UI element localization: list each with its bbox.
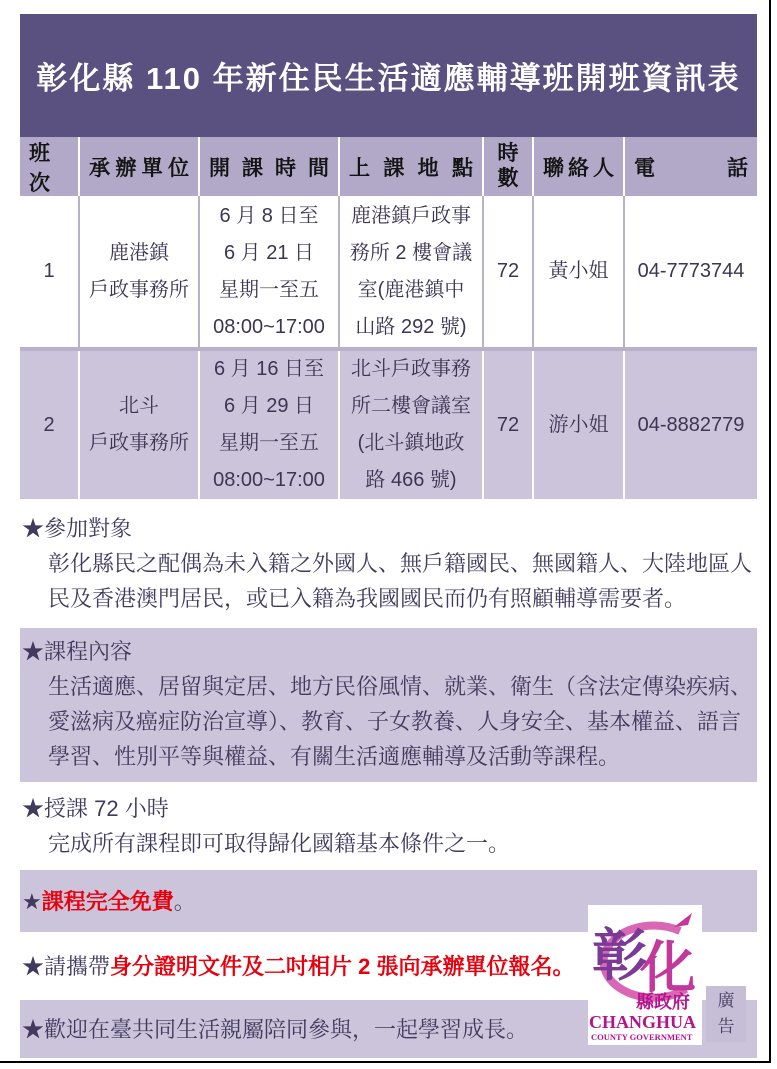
section-heading: ★參加對象 <box>22 511 755 546</box>
section-target-audience: ★參加對象 彰化縣民之配偶為未入籍之外國人、無戶籍國民、無國籍人、大陸地區人民及… <box>20 504 757 624</box>
page-edge-right-line <box>769 0 771 1063</box>
column-header-unit: 承辦單位 <box>78 137 198 196</box>
cell-unit: 鹿港鎮 戶政事務所 <box>78 196 198 347</box>
bring-note-red-text: 身分證明文件及二吋相片 2 張向承辦單位報名。 <box>110 954 574 979</box>
logo-graphic: 彰 化 縣政府 CHANGHUA COUNTY GOVERNMENT <box>588 905 702 1045</box>
section-heading: ★課程內容 <box>22 634 755 669</box>
title-banner: 彰化縣 110 年新住民生活適應輔導班開班資訊表 <box>20 14 757 137</box>
section-heading: ★授課 72 小時 <box>22 791 755 826</box>
page: 彰化縣 110 年新住民生活適應輔導班開班資訊表 班次 承辦單位 開課時間 上課… <box>20 14 757 1058</box>
section-body: 彰化縣民之配偶為未入籍之外國人、無戶籍國民、無國籍人、大陸地區人民及香港澳門居民… <box>22 546 755 616</box>
section-course-content: ★課程內容 生活適應、居留與定居、地方民俗風情、就業、衛生（含法定傳染疾病、愛滋… <box>20 628 757 782</box>
cell-class-no: 1 <box>20 196 78 347</box>
star-icon: ★ <box>22 889 42 914</box>
logo-sub-text: 縣政府 <box>636 991 690 1012</box>
cell-hours: 72 <box>482 351 532 499</box>
period-text: 。 <box>174 889 196 914</box>
section-body: 生活適應、居留與定居、地方民俗風情、就業、衛生（含法定傳染疾病、愛滋病及癌症防治… <box>22 669 755 774</box>
table-header-row: 班次 承辦單位 開課時間 上課地點 時 數 聯絡人 電話 <box>20 137 757 196</box>
cell-time: 6 月 8 日至 6 月 21 日 星期一至五 08:00~17:00 <box>198 196 338 347</box>
column-header-phone: 電話 <box>623 137 757 196</box>
cell-class-no: 2 <box>20 351 78 499</box>
advertisement-label: 廣 告 <box>706 986 746 1042</box>
logo-brush-icon <box>674 913 692 927</box>
cell-contact: 游小姐 <box>532 351 623 499</box>
cell-unit: 北斗 戶政事務所 <box>78 351 198 499</box>
column-header-place: 上課地點 <box>338 137 482 196</box>
section-course-hours: ★授課 72 小時 完成所有課程即可取得歸化國籍基本條件之一。 <box>20 785 757 867</box>
cell-hours: 72 <box>482 196 532 347</box>
section-body: 完成所有課程即可取得歸化國籍基本條件之一。 <box>22 826 755 861</box>
logo-char-hua: 化 <box>639 936 696 999</box>
cell-place: 鹿港鎮戶政事 務所 2 樓會議 室(鹿港鎮中 山路 292 號) <box>338 196 482 347</box>
logo-en-sub: COUNTY GOVERNMENT <box>591 1032 693 1042</box>
column-header-hours: 時 數 <box>482 137 532 196</box>
column-header-class-no: 班次 <box>20 137 78 196</box>
free-course-text: 課程完全免費 <box>42 889 174 914</box>
cell-phone: 04-7773744 <box>623 196 757 347</box>
table-row: 2 北斗 戶政事務所 6 月 16 日至 6 月 29 日 星期一至五 08:0… <box>20 351 757 499</box>
cell-contact: 黃小姐 <box>532 196 623 347</box>
class-info-table: 班次 承辦單位 開課時間 上課地點 時 數 聯絡人 電話 1 鹿港鎮 戶政事務所… <box>20 137 757 499</box>
column-header-time: 開課時間 <box>198 137 338 196</box>
bring-note-prefix: ★請攜帶 <box>22 954 110 979</box>
welcome-note-text: ★歡迎在臺共同生活親屬陪同參與，一起學習成長。 <box>22 1017 528 1042</box>
column-header-contact: 聯絡人 <box>532 137 623 196</box>
cell-time: 6 月 16 日至 6 月 29 日 星期一至五 08:00~17:00 <box>198 351 338 499</box>
changhua-county-government-logo: 彰 化 縣政府 CHANGHUA COUNTY GOVERNMENT <box>588 905 702 1045</box>
cell-phone: 04-8882779 <box>623 351 757 499</box>
table-row: 1 鹿港鎮 戶政事務所 6 月 8 日至 6 月 21 日 星期一至五 08:0… <box>20 196 757 351</box>
logo-en-name: CHANGHUA <box>589 1012 696 1032</box>
page-title: 彰化縣 110 年新住民生活適應輔導班開班資訊表 <box>36 53 740 98</box>
page-edge-bottom-line <box>0 1061 771 1063</box>
cell-place: 北斗戶政事務 所二樓會議室 (北斗鎮地政 路 466 號) <box>338 351 482 499</box>
